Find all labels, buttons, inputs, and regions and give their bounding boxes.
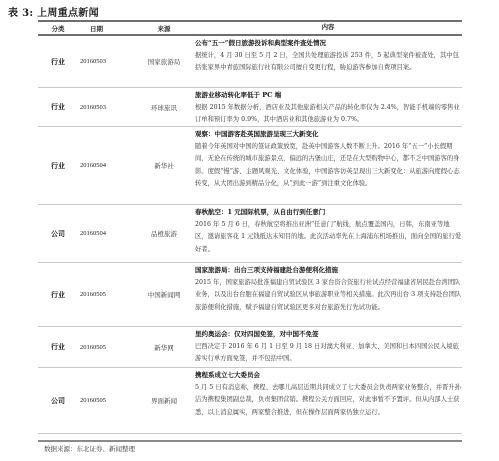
row-source: 中国新闻网: [134, 263, 194, 326]
table-row: 公司 20160505 界面新闻 携程系成立七大委员会 5 月 5 日有消息称，…: [38, 368, 462, 433]
row-source: 新华网: [134, 327, 194, 367]
row-divider: [38, 433, 462, 434]
row-body: 2016 年 5 月 6 日，春秋航空将推出亚洲“任意门”航线，航点覆盖国内，日…: [195, 219, 462, 257]
row-category: 公司: [38, 205, 78, 262]
row-body: 巴西决定于 2016 年 6 月 1 日至 9 月 18 日对澳大利亚、加拿大、…: [195, 341, 462, 366]
table-row: 行业 20160505 中国新闻网 国家旅游局：出台三项支持福建赴台游便利化措施…: [38, 263, 462, 326]
source-note: 数据来源：东北证券、新闻整理: [44, 444, 135, 453]
header-date: 日期: [78, 24, 134, 33]
table-row: 公司 20160504 品橙旅游 春秋航空：1 元国际机票，从自由行到任意门 2…: [38, 205, 462, 262]
row-headline: 春秋航空：1 元国际机票，从自由行到任意门: [195, 206, 462, 219]
row-body: 据统计，4 月 30 日至 5 月 2 日，全国共处理旅游投诉 253 件，5 …: [195, 50, 462, 75]
row-date: 20160503: [78, 36, 134, 87]
row-date: 20160504: [78, 127, 134, 204]
row-category: 行业: [38, 263, 78, 326]
row-content: 携程系成立七大委员会 5 月 5 日有消息称，携程、去哪儿高层近期共同成立了七大…: [194, 368, 462, 433]
table-title: 表 3: 上周重点新闻: [8, 4, 99, 19]
row-source: 环球旅讯: [134, 88, 194, 126]
row-category: 行业: [38, 36, 78, 87]
row-headline: 公布“五一”假日旅游投诉和典型案件查处情况: [195, 37, 462, 50]
row-category: 行业: [38, 327, 78, 367]
row-headline: 国家旅游局：出台三项支持福建赴台游便利化措施: [195, 264, 462, 277]
row-headline: 旅游业移动转化率低于 PC 端: [195, 89, 462, 102]
row-content: 观察：中国游客赴英国旅游呈现三大新变化 随着今年英国对中国的签证政策放宽，赴英中…: [194, 127, 462, 204]
row-source: 新华社: [134, 127, 194, 204]
row-date: 20160505: [78, 327, 134, 367]
news-table: 分类 日期 来源 内容 行业 20160503 国家旅游局 公布“五一”假日旅游…: [38, 20, 462, 434]
row-date: 20160503: [78, 88, 134, 126]
table-row: 行业 20160505 新华网 里约奥运会：仅对四国免签，对中国不免签 巴西决定…: [38, 327, 462, 367]
row-content: 国家旅游局：出台三项支持福建赴台游便利化措施 2015 年，国家旅游局批准福建自…: [194, 263, 462, 326]
table-header: 分类 日期 来源 内容: [38, 22, 462, 34]
row-content: 旅游业移动转化率低于 PC 端 根据 2015 年数据分析，酒店业及其他旅游相关…: [194, 88, 462, 126]
row-content: 公布“五一”假日旅游投诉和典型案件查处情况 据统计，4 月 30 日至 5 月 …: [194, 36, 462, 87]
header-content: 内容: [194, 22, 462, 34]
table-row: 行业 20160503 环球旅讯 旅游业移动转化率低于 PC 端 根据 2015…: [38, 88, 462, 126]
row-date: 20160504: [78, 205, 134, 262]
row-source: 品橙旅游: [134, 205, 194, 262]
table-row: 行业 20160504 新华社 观察：中国游客赴英国旅游呈现三大新变化 随着今年…: [38, 127, 462, 204]
header-category: 分类: [38, 24, 78, 33]
row-source: 国家旅游局: [134, 36, 194, 87]
row-headline: 里约奥运会：仅对四国免签，对中国不免签: [195, 328, 462, 341]
row-content: 春秋航空：1 元国际机票，从自由行到任意门 2016 年 5 月 6 日，春秋航…: [194, 205, 462, 262]
row-date: 20160505: [78, 263, 134, 326]
row-body: 根据 2015 年数据分析，酒店业及其他旅游相关产品的转化率仅为 2.4%，智能…: [195, 102, 462, 127]
table-row: 行业 20160503 国家旅游局 公布“五一”假日旅游投诉和典型案件查处情况 …: [38, 36, 462, 87]
row-date: 20160505: [78, 368, 134, 433]
table-bottom-rule: [38, 440, 462, 442]
row-source: 界面新闻: [134, 368, 194, 433]
row-category: 行业: [38, 127, 78, 204]
row-body: 5 月 5 日有消息称，携程、去哪儿高层近期共同成立了七大委员会负责两家业务整合…: [195, 382, 462, 420]
row-body: 随着今年英国对中国的签证政策放宽，赴英中国游客人数不断上升。2016 年“五一”…: [195, 141, 462, 191]
header-source: 来源: [134, 24, 194, 33]
row-headline: 携程系成立七大委员会: [195, 369, 462, 382]
row-body: 2015 年，国家旅游局批准福建自贸试验区 3 家台资合资旅行社试点经营福建省居…: [195, 277, 462, 315]
row-category: 行业: [38, 88, 78, 126]
row-headline: 观察：中国游客赴英国旅游呈现三大新变化: [195, 128, 462, 141]
row-content: 里约奥运会：仅对四国免签，对中国不免签 巴西决定于 2016 年 6 月 1 日…: [194, 327, 462, 367]
row-category: 公司: [38, 368, 78, 433]
